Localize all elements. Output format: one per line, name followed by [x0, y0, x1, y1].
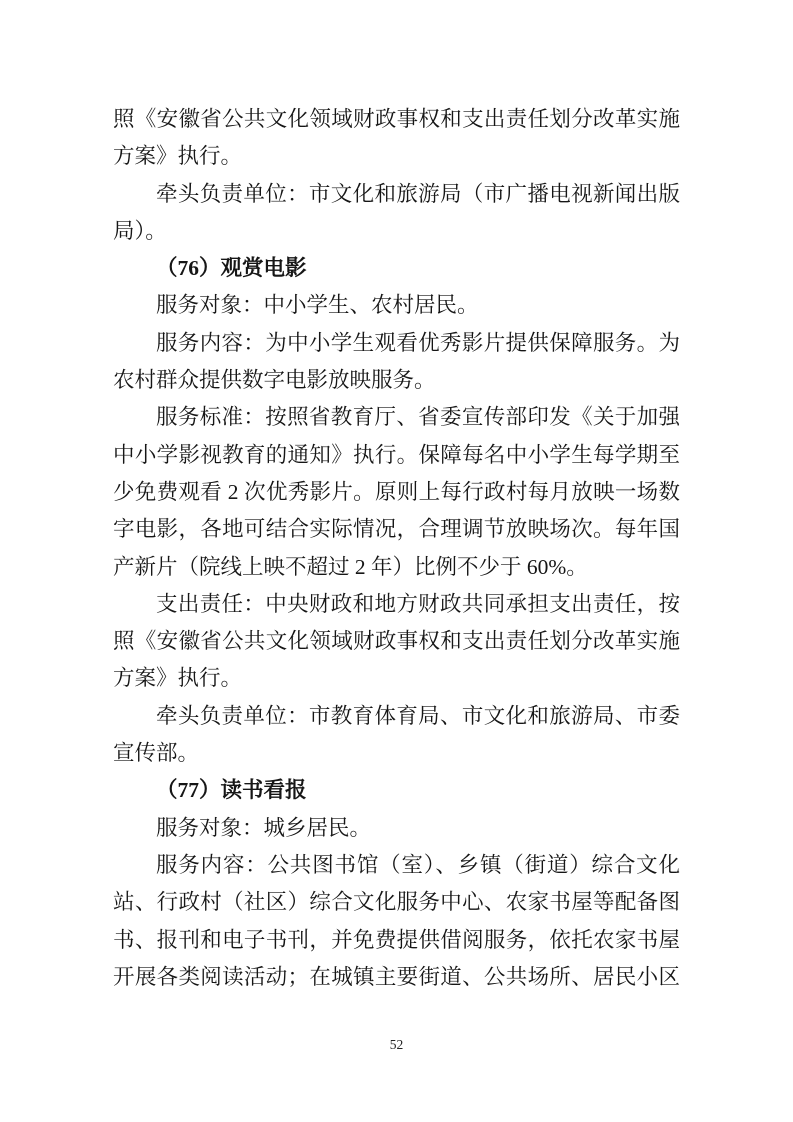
text-line: 照《安徽省公共文化领域财政事权和支出责任划分改革实施	[113, 101, 680, 138]
text-line: 开展各类阅读活动；在城镇主要街道、公共场所、居民小区	[113, 959, 680, 996]
text-line: 照《安徽省公共文化领域财政事权和支出责任划分改革实施	[113, 623, 680, 660]
page-number: 52	[0, 1035, 793, 1055]
text-line: 支出责任：中央财政和地方财政共同承担支出责任，按	[113, 586, 680, 623]
text-line: 少免费观看 2 次优秀影片。原则上每行政村每月放映一场数	[113, 474, 680, 511]
text-line: 农村群众提供数字电影放映服务。	[113, 362, 680, 399]
section-heading: （77）读书看报	[113, 772, 680, 809]
text-line: 局）。	[113, 213, 680, 250]
text-line: 宣传部。	[113, 735, 680, 772]
section-heading: （76）观赏电影	[113, 250, 680, 287]
text-line: 牵头负责单位：市文化和旅游局（市广播电视新闻出版	[113, 176, 680, 213]
text-line: 方案》执行。	[113, 138, 680, 175]
text-line: 站、行政村（社区）综合文化服务中心、农家书屋等配备图	[113, 884, 680, 921]
document-page: 照《安徽省公共文化领域财政事权和支出责任划分改革实施方案》执行。牵头负责单位：市…	[0, 0, 793, 1122]
text-line: 中小学影视教育的通知》执行。保障每名中小学生每学期至	[113, 437, 680, 474]
text-line: 服务对象：中小学生、农村居民。	[113, 287, 680, 324]
text-line: 服务内容：为中小学生观看优秀影片提供保障服务。为	[113, 325, 680, 362]
text-line: 方案》执行。	[113, 660, 680, 697]
text-line: 服务标准：按照省教育厅、省委宣传部印发《关于加强	[113, 399, 680, 436]
text-line: 牵头负责单位：市教育体育局、市文化和旅游局、市委	[113, 698, 680, 735]
text-line: 书、报刊和电子书刊，并免费提供借阅服务，依托农家书屋	[113, 922, 680, 959]
text-line: 产新片（院线上映不超过 2 年）比例不少于 60%。	[113, 549, 680, 586]
text-line: 服务对象：城乡居民。	[113, 810, 680, 847]
text-line: 服务内容：公共图书馆（室）、乡镇（街道）综合文化	[113, 847, 680, 884]
document-body: 照《安徽省公共文化领域财政事权和支出责任划分改革实施方案》执行。牵头负责单位：市…	[113, 101, 680, 996]
text-line: 字电影，各地可结合实际情况，合理调节放映场次。每年国	[113, 511, 680, 548]
